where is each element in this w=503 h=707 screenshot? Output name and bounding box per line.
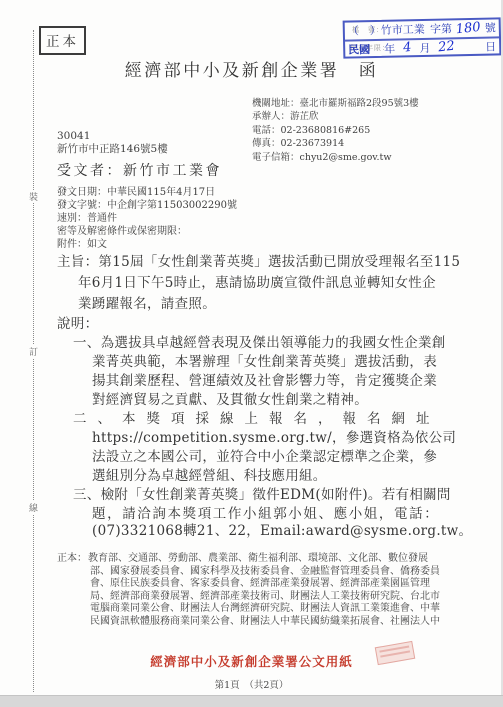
subject-line-2: 年6月1日下午5時止，惠請協助廣宣徵件訊息並轉知女性企: [78, 277, 436, 291]
description-item3-line3: (07)3321068轉21、22，Email:award@sysme.org.…: [92, 525, 472, 539]
agency-address: 機關地址：臺北市羅斯福路2段95號3樓: [252, 97, 419, 110]
margin-marker-ding: 訂: [28, 345, 39, 358]
official-letter-page: 裝 訂 線 正本 檔 號： 保存年限： （ ） 竹市工業 字第 180 號 民國…: [0, 0, 503, 707]
stamp-number-handwritten: 180: [455, 19, 481, 37]
description-item2-line1: 二、本獎項採線上報名，報名網址: [73, 413, 441, 427]
stamp-year-label: 年: [384, 40, 395, 56]
agency-contact-block: 機關地址：臺北市羅斯福路2段95號3樓 承辦人：游芷欣 電話：02-236808…: [252, 97, 419, 164]
description-item3-line2: 題，請洽詢本獎項工作小組郭小姐、應小姐，電話：: [92, 508, 439, 522]
margin-marker-zhuang: 裝: [28, 190, 39, 203]
description-item2-line4: 選組別分為卓越經營組、科技應用組。: [92, 470, 327, 484]
description-heading: 說明：: [57, 318, 98, 332]
document-title: 經濟部中小及新創企業署 函: [0, 56, 503, 81]
stamp-office: 竹市工業: [381, 21, 425, 38]
copyto-line-4: 局、經濟部商業發展署、經濟部產業技術司、財團法人工業技術研究院、台北市: [90, 592, 440, 602]
copyto-line-1: 教育部、交通部、勞動部、農業部、衛生福利部、環境部、文化部、數位發展: [88, 554, 428, 564]
stamp-minguo: 民國: [348, 41, 370, 57]
meta-doc-number: 發文字號：中企創字第11503002290號: [57, 201, 237, 211]
description-item1-line4: 對經濟貿易之貢獻、及貫徹女性創業之精神。: [92, 394, 368, 408]
margin-marker-xian: 線: [28, 501, 39, 514]
stamp-paren: （ ）: [348, 22, 381, 39]
subject-line-3: 業踴躍報名，請查照。: [78, 298, 216, 312]
description-item2-line3: 法設立之本國公司，並符合中小企業認定標準之企業，參: [92, 451, 437, 465]
copyto-line-5: 電腦商業同業公會、財團法人台灣經濟研究院、財團法人資訊工業策進會、中華: [90, 604, 440, 614]
agency-phone: 電話：02-23680816#265: [252, 124, 419, 137]
copyto-line-2: 部、國家發展委員會、國家科學及技術委員會、金融監督管理委員會、僑務委員: [90, 567, 440, 577]
agency-officer: 承辦人：游芷欣: [252, 110, 419, 123]
stamp-zidi: 字第: [430, 21, 452, 37]
agency-fax: 傳真：02-23673914: [252, 137, 419, 150]
meta-classification: 密等及解密條件或保密期限：: [57, 227, 187, 237]
received-date-stamp: （ ） 竹市工業 字第 180 號 民國 年 4 月 22 日: [343, 17, 502, 58]
description-item3-line1: 三、檢附「女性創業菁英獎」徵件EDM(如附件)。若有相關問: [73, 489, 451, 503]
stamp-month-label: 月: [419, 40, 430, 56]
subject-line-1: 主旨：第15屆「女性創業菁英獎」選拔活動已開放受理報名至115: [57, 256, 460, 270]
official-paper-name: 經濟部中小及新創企業署公文用紙: [0, 652, 503, 670]
scan-edge-bottom: [0, 695, 503, 707]
recipient-postal-code: 30041: [57, 131, 90, 142]
description-item1-line2: 業菁英典範，本署辦理「女性創業菁英獎」選拔活動，表: [92, 356, 437, 370]
original-copy-badge: 正本: [39, 26, 86, 55]
stamp-day-label: 日: [485, 38, 496, 54]
description-item1-line3: 揚其創業歷程、營運績效及社會影響力等，肯定獲獎企業: [92, 375, 437, 389]
stamp-hao: 號: [485, 20, 496, 36]
stamp-month-handwritten: 4: [402, 40, 412, 56]
copyto-line-6: 民國資訊軟體服務商業同業公會、財團法人中華民國紡織業拓展會、社團法人中: [90, 617, 440, 627]
binding-dotted-line: [33, 30, 34, 692]
meta-priority: 速別：普通件: [57, 214, 117, 224]
copyto-label: 正本：: [57, 554, 87, 564]
meta-attachment: 附件：如文: [57, 240, 107, 250]
copyto-line-3: 會、原住民族委員會、客家委員會、經濟部產業發展署、經濟部產業園區管理: [90, 579, 430, 589]
recipient-address: 新竹市中正路146號5樓: [57, 144, 168, 155]
stamp-day-handwritten: 22: [438, 39, 456, 56]
page-number: 第1頁 （共2頁）: [0, 677, 503, 691]
description-item2-line2: https://competition.sysme.org.tw/，參選資格為依…: [92, 432, 456, 446]
stamp-row-date: 民國 年 4 月 22 日: [345, 38, 499, 58]
meta-issue-date: 發文日期：中華民國115年4月17日: [57, 188, 215, 198]
description-item1-line1: 一、為選拔具卓越經營表現及傑出領導能力的我國女性企業創: [73, 337, 446, 351]
recipient-line: 受文者：新竹市工業會: [57, 164, 222, 178]
agency-email: 電子信箱：chyu2@sme.gov.tw: [252, 151, 419, 164]
